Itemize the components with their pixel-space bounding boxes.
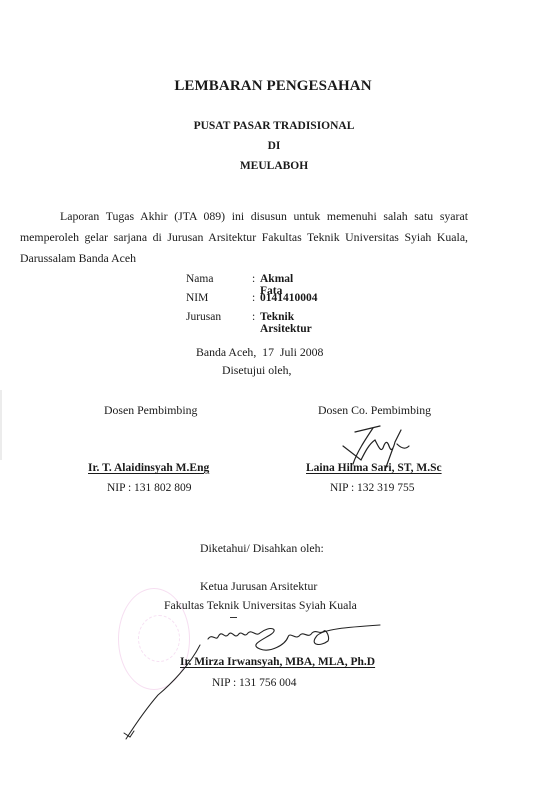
scan-edge-mark [0,390,2,460]
info-colon: : [252,273,255,285]
supervisor-name: Ir. T. Alaidinsyah M.Eng [88,462,209,474]
document-title: LEMBARAN PENGESAHAN [0,78,538,95]
info-label: Nama [186,273,213,285]
co-supervisor-nip: NIP : 132 319 755 [330,482,415,494]
purpose-paragraph-text: Laporan Tugas Akhir (JTA 089) ini disusu… [20,209,468,265]
project-title-line-3: MEULABOH [0,160,538,172]
approved-by-label: Disetujui oleh, [222,362,291,378]
head-position-line-2: Fakultas Teknik Universitas Syiah Kuala [164,597,357,613]
co-supervisor-name: Laina Hilma Sari, ST, M.Sc [306,462,442,474]
project-title-line-2: DI [0,140,538,152]
head-name: Ir. Mirza Irwansyah, MBA, MLA, Ph.D [180,656,375,668]
head-nip: NIP : 131 756 004 [212,677,297,689]
place-date: Banda Aceh, 17 Juli 2008 [196,344,323,360]
purpose-paragraph: Laporan Tugas Akhir (JTA 089) ini disusu… [20,206,468,269]
info-colon: : [252,311,255,323]
info-value: Teknik Arsitektur [260,311,312,335]
head-position-line-1: Ketua Jurusan Arsitektur [200,578,317,594]
info-label: Jurusan [186,311,221,323]
info-value: 0141410004 [260,292,318,304]
ratified-by-label: Diketahui/ Disahkan oleh: [200,540,324,556]
supervisor-role: Dosen Pembimbing [104,402,197,418]
info-label: NIM [186,292,208,304]
info-colon: : [252,292,255,304]
project-title-line-1: PUSAT PASAR TRADISIONAL [0,120,538,132]
supervisor-nip: NIP : 131 802 809 [107,482,192,494]
co-supervisor-role: Dosen Co. Pembimbing [318,402,431,418]
